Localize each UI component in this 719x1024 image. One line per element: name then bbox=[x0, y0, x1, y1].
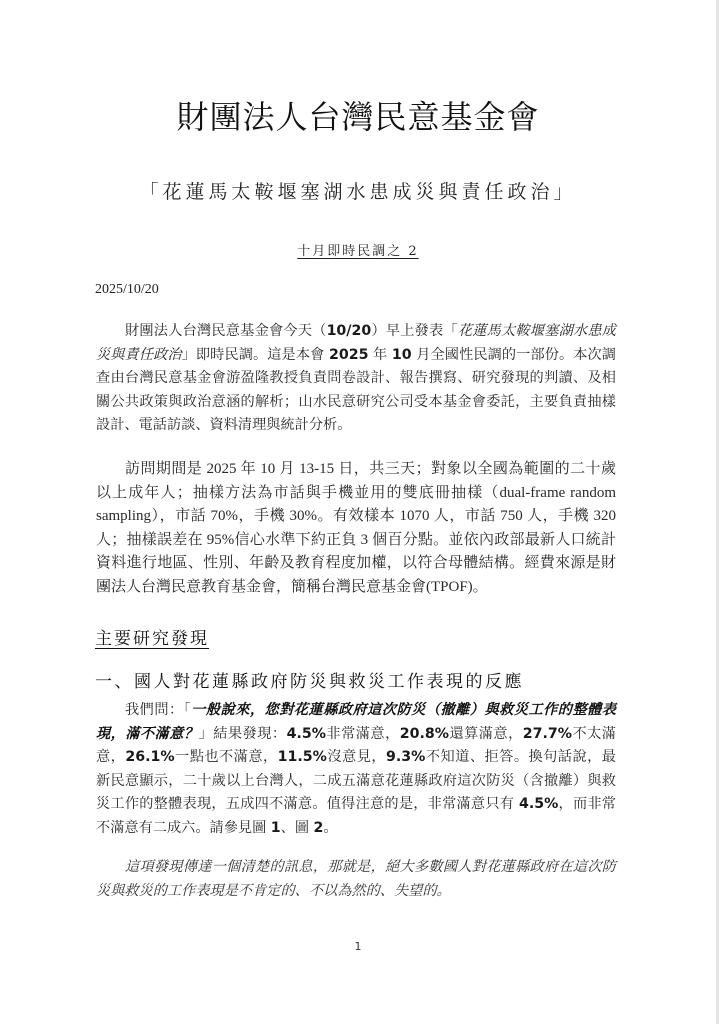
conclusion-paragraph: 這項發現傳達一個清楚的訊息，那就是，絕大多數國人對花蓮縣政府在這次防災與救災的工… bbox=[96, 856, 616, 903]
text-run: 、圖 bbox=[281, 820, 314, 836]
text-run: 財團法人台灣民意基金會今天（ bbox=[125, 323, 327, 339]
text-run-bold: 10 bbox=[392, 347, 412, 363]
text-run: ）早上發表「 bbox=[371, 323, 458, 339]
report-title: 「花蓮馬太鞍堰塞湖水患成災與責任政治」 bbox=[0, 177, 716, 204]
figure-ref-2: 2 bbox=[314, 820, 324, 836]
text-run-bold: 2025 bbox=[329, 347, 369, 363]
pct-dont-know: 9.3% bbox=[386, 749, 425, 765]
organization-title: 財團法人台灣民意基金會 bbox=[0, 92, 716, 138]
text-run: 我們問：「 bbox=[125, 702, 191, 718]
pct-very-satisfied: 4.5% bbox=[287, 726, 326, 742]
text-run: 」即時民調。這是本會 bbox=[182, 347, 329, 363]
pct-not-very-satisfied: 27.7% bbox=[523, 726, 572, 742]
pct-very-satisfied-repeat: 4.5% bbox=[519, 796, 558, 812]
sub-heading-finding-1: 一、國人對花蓮縣政府防災與救災工作表現的反應 bbox=[95, 667, 524, 692]
text-run-bold: 10/20 bbox=[327, 323, 372, 339]
text-run: 還算滿意， bbox=[449, 726, 523, 742]
finding-1-paragraph: 我們問：「一般說來，您對花蓮縣政府這次防災（撤離）與救災工作的整體表現，滿不滿意… bbox=[96, 699, 616, 840]
text-run: 」結果發現： bbox=[199, 726, 287, 742]
text-run: 非常滿意， bbox=[326, 726, 400, 742]
intro-paragraph: 財團法人台灣民意基金會今天（10/20）早上發表「花蓮馬太鞍堰塞湖水患成災與責任… bbox=[96, 320, 616, 438]
publication-date: 2025/10/20 bbox=[95, 282, 159, 298]
document-page: 財團法人台灣民意基金會 「花蓮馬太鞍堰塞湖水患成災與責任政治」 十月即時民調之 … bbox=[0, 0, 716, 1024]
text-run: 一點也不滿意， bbox=[175, 749, 278, 765]
text-run: 年 bbox=[368, 347, 391, 363]
pct-not-at-all-satisfied: 26.1% bbox=[125, 749, 174, 765]
figure-ref-1: 1 bbox=[271, 820, 281, 836]
section-heading-main-findings: 主要研究發現 bbox=[95, 624, 209, 649]
text-run: 。 bbox=[323, 820, 337, 836]
survey-subtitle: 十月即時民調之 2 bbox=[0, 240, 716, 259]
pct-somewhat-satisfied: 20.8% bbox=[400, 726, 449, 742]
text-run: 沒意見， bbox=[327, 749, 386, 765]
methodology-paragraph: 訪問期間是 2025 年 10 月 13-15 日，共三天；對象以全國為範圍的二… bbox=[96, 458, 616, 599]
page-number: 1 bbox=[0, 940, 716, 953]
pct-no-opinion: 11.5% bbox=[278, 749, 327, 765]
